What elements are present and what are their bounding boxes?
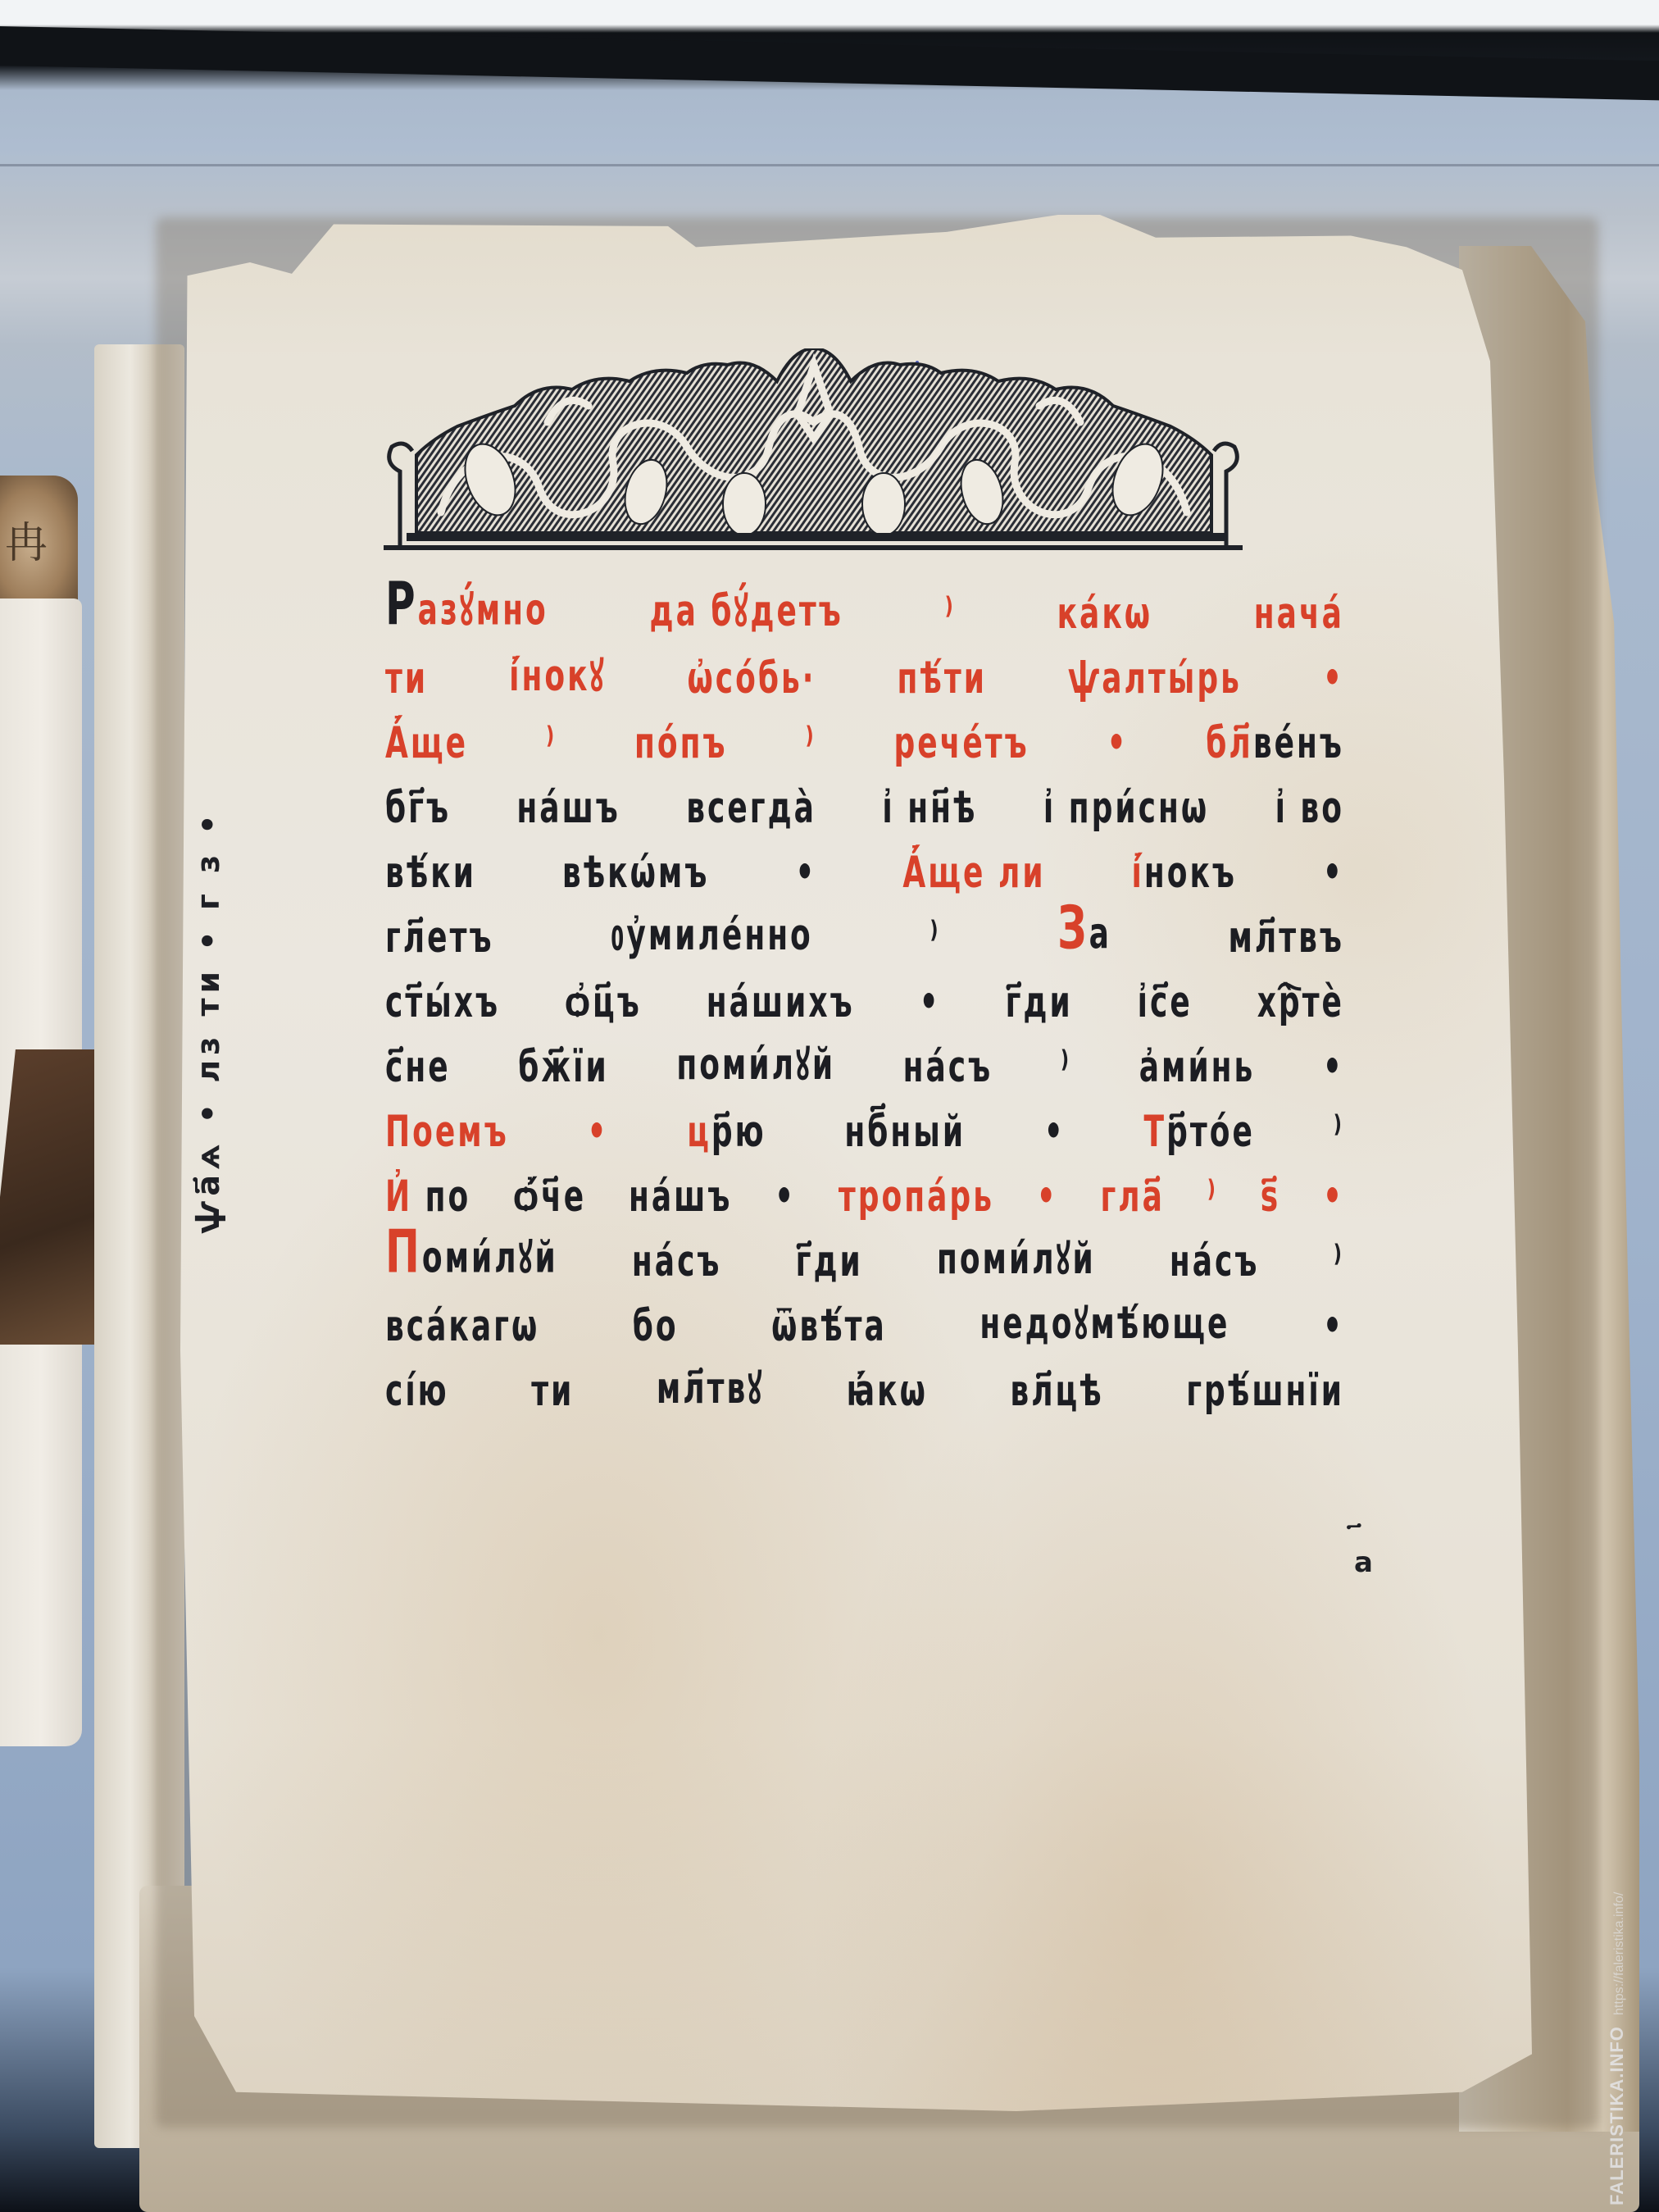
watermark-url: https://faleristika.info/ xyxy=(1612,1892,1626,2015)
watermark-brand: FALERISTIKA.INFO xyxy=(1607,2026,1627,2205)
fragment-glyph: 冉 xyxy=(5,508,48,570)
word: вл҃цѣ xyxy=(1010,1368,1103,1416)
word: ꙗ҆́кѡ xyxy=(847,1368,928,1416)
watermark: FALERISTIKA.INFO https://faleristika.inf… xyxy=(1607,1892,1628,2205)
page-number-numeral: а xyxy=(1354,1550,1373,1576)
margin-signature-note: ѱа҃ѧ • лз ти • г з • xyxy=(190,809,226,1234)
word: грѣ́шнїи xyxy=(1186,1368,1344,1416)
window-ledge-line xyxy=(0,164,1659,166)
ornament-icon xyxy=(384,348,1243,555)
left-brown-fragment: 冉 xyxy=(0,476,78,615)
word: ти xyxy=(531,1368,574,1416)
page-text-block: Разꙋ́мно да бꙋ́детъ ⁾ ка́кѡ нача́ ти і҆́… xyxy=(385,574,1344,1416)
page-number: ҃ а xyxy=(1354,1525,1373,1575)
text-line-13: сі́ю ти мл҃твꙋ ꙗ҆́кѡ вл҃цѣ грѣ́шнїи xyxy=(385,1322,1344,1416)
floral-ornament-headpiece xyxy=(384,348,1243,555)
word: сі́ю xyxy=(385,1368,449,1416)
word: мл҃твꙋ xyxy=(657,1358,764,1416)
window-frame-bar xyxy=(0,26,1659,100)
